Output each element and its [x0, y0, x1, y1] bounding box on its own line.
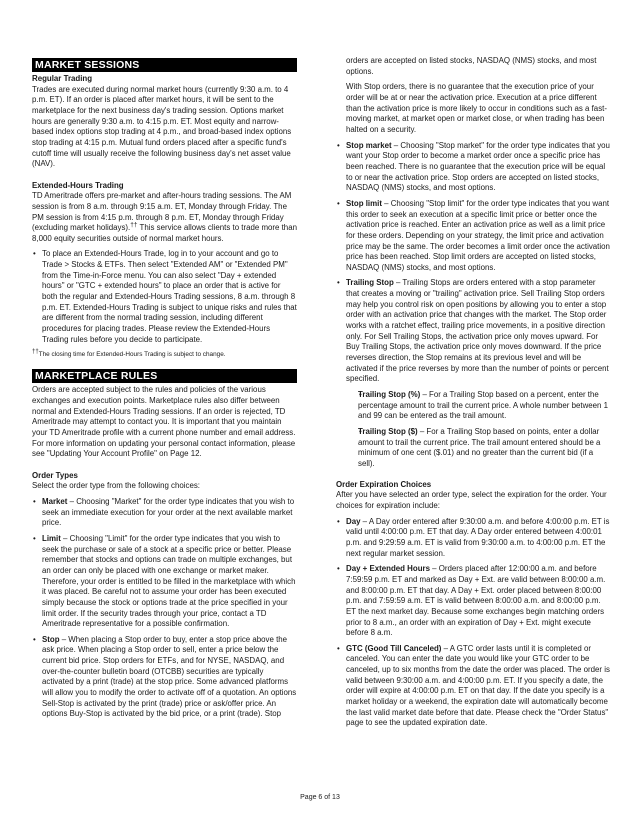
expiration-list: Day – A Day order entered after 9:30:00 … — [336, 517, 610, 729]
list-item: To place an Extended-Hours Trade, log in… — [32, 249, 297, 345]
regular-trading-body: Trades are executed during normal market… — [32, 85, 297, 170]
order-types-intro: Select the order type from the following… — [32, 481, 297, 492]
marketplace-rules-body: Orders are accepted subject to the rules… — [32, 385, 297, 460]
order-types-list-continued: Stop market – Choosing "Stop market" for… — [336, 141, 610, 470]
list-item-stop-market: Stop market – Choosing "Stop market" for… — [336, 141, 610, 194]
trailing-stop-sublist: Trailing Stop (%) – For a Trailing Stop … — [346, 390, 610, 470]
stop-warning: With Stop orders, there is no guarantee … — [336, 82, 610, 135]
list-item-trailing-dollar: Trailing Stop ($) – For a Trailing Stop … — [346, 427, 610, 470]
extended-hours-body: TD Ameritrade offers pre-market and afte… — [32, 191, 297, 244]
regular-trading-heading: Regular Trading — [32, 74, 297, 85]
right-column: orders are accepted on listed stocks, NA… — [336, 56, 610, 734]
stop-continued: orders are accepted on listed stocks, NA… — [336, 56, 610, 77]
list-item-trailing-percent: Trailing Stop (%) – For a Trailing Stop … — [346, 390, 610, 422]
list-item-day-extended: Day + Extended Hours – Orders placed aft… — [336, 564, 610, 639]
list-item-stop-limit: Stop limit – Choosing "Stop limit" for t… — [336, 199, 610, 274]
order-types-heading: Order Types — [32, 471, 297, 482]
market-sessions-header: MARKET SESSIONS — [32, 58, 297, 72]
list-item-gtc: GTC (Good Till Canceled) – A GTC order l… — [336, 644, 610, 729]
list-item-limit: Limit – Choosing "Limit" for the order t… — [32, 534, 297, 630]
page-number: Page 6 of 13 — [0, 794, 640, 801]
footnote: ††The closing time for Extended-Hours Tr… — [32, 350, 297, 359]
extended-hours-heading: Extended-Hours Trading — [32, 181, 297, 192]
order-types-list: Market – Choosing "Market" for the order… — [32, 497, 297, 720]
list-item-stop: Stop – When placing a Stop order to buy,… — [32, 635, 297, 720]
expiration-heading: Order Expiration Choices — [336, 480, 610, 491]
expiration-intro: After you have selected an order type, s… — [336, 490, 610, 511]
extended-hours-list: To place an Extended-Hours Trade, log in… — [32, 249, 297, 345]
marketplace-rules-header: MARKETPLACE RULES — [32, 369, 297, 383]
list-item-trailing-stop: Trailing Stop – Trailing Stops are order… — [336, 278, 610, 469]
left-column: MARKET SESSIONS Regular Trading Trades a… — [32, 58, 297, 725]
list-item-day: Day – A Day order entered after 9:30:00 … — [336, 517, 610, 560]
list-item-market: Market – Choosing "Market" for the order… — [32, 497, 297, 529]
